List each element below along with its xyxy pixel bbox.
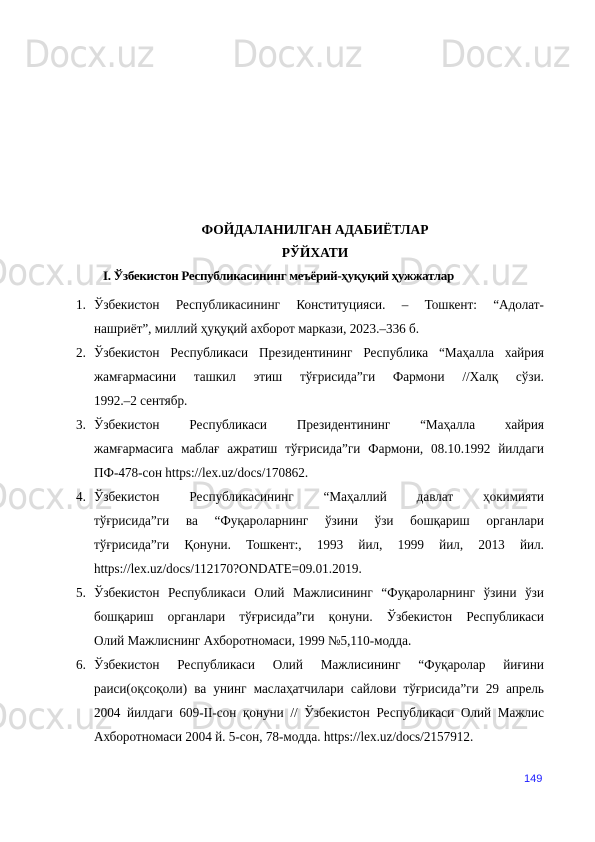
reference-number: 4. (76, 485, 86, 509)
reference-text-line: ЎзбекистонРеспубликасиОлийМажлисининг“Фу… (94, 581, 544, 605)
reference-text-line: 2004йилдаги609-II-сонқонуни//ЎзбекистонР… (94, 701, 544, 725)
reference-text-line: тўғрисида”гива“Фуқароларнингўзиниўзибошқ… (94, 509, 544, 533)
reference-text-line: нашриёт”, миллий ҳуқуқий ахборот маркази… (94, 317, 544, 341)
reference-text-line: тўғрисида”гиҚонуни.Тошкент:,1993йил,1999… (94, 533, 544, 557)
reference-number: 1. (76, 293, 86, 317)
reference-text-line: ПФ-478-сон https://lex.uz/docs/170862. (94, 461, 544, 485)
reference-text-line: жамғармасигамаблағажратиштўғрисида”гиФар… (94, 437, 544, 461)
reference-text-line: https://lex.uz/docs/112170?ONDATE=09.01.… (94, 557, 544, 581)
reference-list: 1.ЎзбекистонРеспубликасинингКонституцияс… (76, 293, 544, 749)
reference-text-line: 1992.–2 сентябр. (94, 389, 544, 413)
page-title: ФОЙДАЛАНИЛГАН АДАБИЁТЛАР (0, 222, 595, 238)
reference-item: 4.ЎзбекистонРеспубликасининг“Маҳаллийдав… (76, 485, 544, 581)
reference-number: 3. (76, 413, 86, 437)
reference-text-line: ЎзбекистонРеспубликасинингКонституцияси.… (94, 293, 544, 317)
reference-number: 5. (76, 581, 86, 605)
reference-text-line: ЎзбекистонРеспубликасининг“Маҳаллийдавла… (94, 485, 544, 509)
reference-item: 2.ЎзбекистонРеспубликасиПрезидентинингРе… (76, 341, 544, 413)
reference-item: 6.ЎзбекистонРеспубликасиОлийМажлисининг“… (76, 653, 544, 749)
reference-text-line: ЎзбекистонРеспубликасиПрезидентининг“Маҳ… (94, 413, 544, 437)
reference-item: 5.ЎзбекистонРеспубликасиОлийМажлисининг“… (76, 581, 544, 653)
reference-text-line: жамғармасиниташкилэтиштўғрисида”гиФармон… (94, 365, 544, 389)
document-content: ФОЙДАЛАНИЛГАН АДАБИЁТЛАР РЎЙХАТИ I. Ўзбе… (0, 0, 595, 842)
reference-number: 2. (76, 341, 86, 365)
page-title-line2: РЎЙХАТИ (0, 245, 595, 261)
reference-number: 6. (76, 653, 86, 677)
reference-item: 1.ЎзбекистонРеспубликасинингКонституцияс… (76, 293, 544, 341)
reference-text-line: раиси(оқсоқоли)ваунингмаслаҳатчиларисайл… (94, 677, 544, 701)
reference-text-line: ЎзбекистонРеспубликасиОлийМажлисининг“Фу… (94, 653, 544, 677)
document-page: Docx.uz Docx.uz Docx.uz Docx.uz Docx.uz … (0, 0, 595, 842)
reference-text-line: Олий Мажлиснинг Ахборотномаси, 1999 №5,1… (94, 629, 544, 653)
reference-text-line: ЎзбекистонРеспубликасиПрезидентинингРесп… (94, 341, 544, 365)
section-heading: I. Ўзбекистон Республикасининг меъёрий-ҳ… (103, 268, 454, 284)
reference-text-line: Ахборотномаси 2004 й. 5-сон, 78-модда. h… (94, 725, 544, 749)
reference-item: 3.ЎзбекистонРеспубликасиПрезидентининг“М… (76, 413, 544, 485)
reference-text-line: бошқаришорганларитўғрисида”гиқонуни.Ўзбе… (94, 605, 544, 629)
page-number: 149 (524, 773, 542, 785)
